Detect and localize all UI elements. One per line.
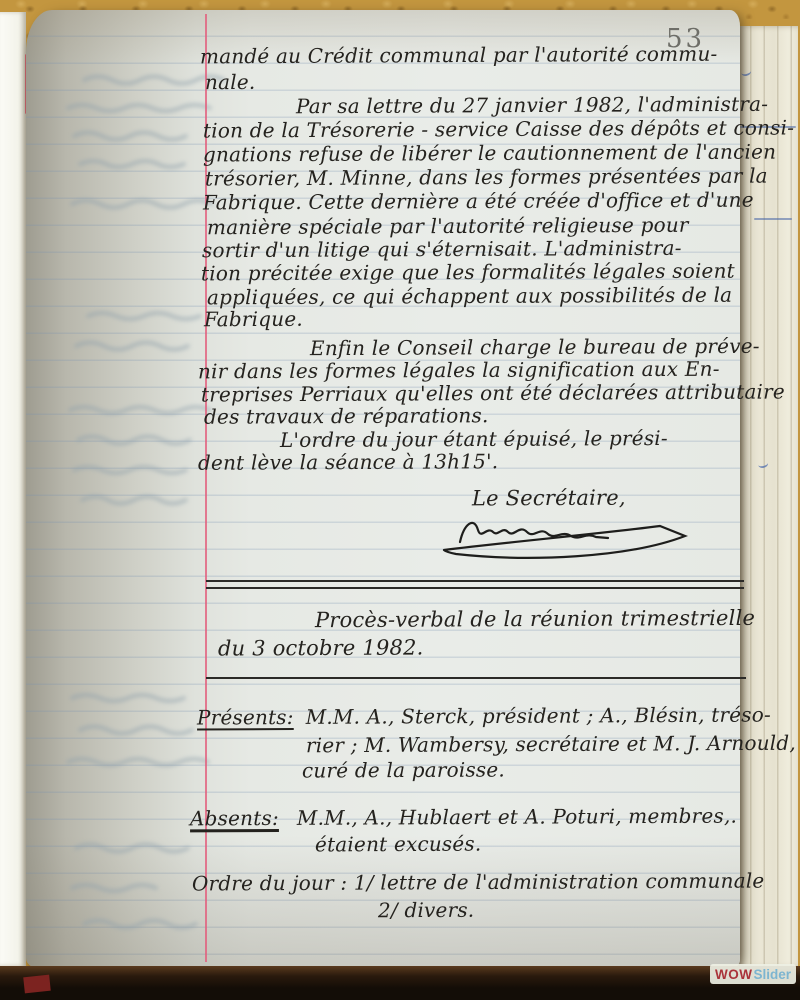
presents-label: Présents:	[197, 705, 294, 730]
ink-mark	[754, 218, 792, 220]
handwritten-line: treprises Perriaux qu'elles ont été décl…	[201, 380, 785, 406]
handwritten-line: tion précitée exige que les formalités l…	[201, 260, 735, 286]
book-cover-red-corner	[23, 975, 51, 994]
section-divider-single	[206, 677, 746, 679]
watermark-slider-text: Slider	[753, 967, 791, 982]
watermark-wow-text: WOW	[715, 967, 753, 982]
handwritten-line: dent lève la séance à 13h15'.	[198, 450, 498, 475]
handwritten-line: appliquées, ce qui échappent aux possibi…	[207, 284, 732, 310]
absents-line: Absents:M.M., A., Hublaert et A. Poturi,…	[190, 805, 737, 831]
ink-mark	[740, 67, 751, 77]
absents-label: Absents:	[190, 806, 279, 830]
presents-line: Présents:M.M. A., Sterck, président ; A.…	[197, 703, 771, 729]
handwritten-line: Ordre du jour : 1/ lettre de l'administr…	[192, 870, 765, 896]
absents-text: M.M., A., Hublaert et A. Poturi, membres…	[297, 804, 737, 830]
handwritten-line: gnations refuse de libérer le cautionnem…	[203, 140, 776, 166]
handwritten-line: trésorier, M. Minne, dans les formes pré…	[205, 165, 768, 191]
handwritten-line: L'ordre du jour étant épuisé, le prési-	[280, 427, 668, 452]
wowslider-watermark[interactable]: WOWSlider	[710, 964, 796, 984]
handwritten-line: rier ; M. Wambersy, secrétaire et M. J. …	[306, 732, 796, 758]
ink-mark	[757, 459, 768, 469]
handwritten-line: Fabrique.	[204, 308, 303, 332]
book-bottom-edge	[0, 966, 800, 1000]
section-divider-double	[206, 580, 744, 589]
handwritten-line: 2/ divers.	[378, 899, 474, 923]
minutes-heading-line: du 3 octobre 1982.	[218, 635, 424, 660]
handwritten-line: nale.	[205, 71, 256, 94]
secretary-signature	[438, 506, 698, 568]
minutes-heading-line: Procès-verbal de la réunion trimestriell…	[315, 606, 755, 632]
handwritten-line: étaient excusés.	[315, 833, 482, 857]
handwritten-line: mandé au Crédit communal par l'autorité …	[200, 43, 718, 69]
handwritten-line: tion de la Trésorerie - service Caisse d…	[203, 116, 794, 142]
handwritten-line: des travaux de réparations.	[204, 404, 489, 428]
handwritten-line: Par sa lettre du 27 janvier 1982, l'admi…	[296, 93, 768, 118]
underlying-page-edges-left	[0, 12, 26, 966]
handwritten-line: Fabrique. Cette dernière a été créée d'o…	[203, 189, 754, 215]
presents-text: M.M. A., Sterck, président ; A., Blésin,…	[306, 702, 771, 728]
handwritten-line: curé de la paroisse.	[302, 758, 505, 782]
register-photo: 53 mandé au Crédit communal par l'autori…	[0, 0, 800, 1000]
